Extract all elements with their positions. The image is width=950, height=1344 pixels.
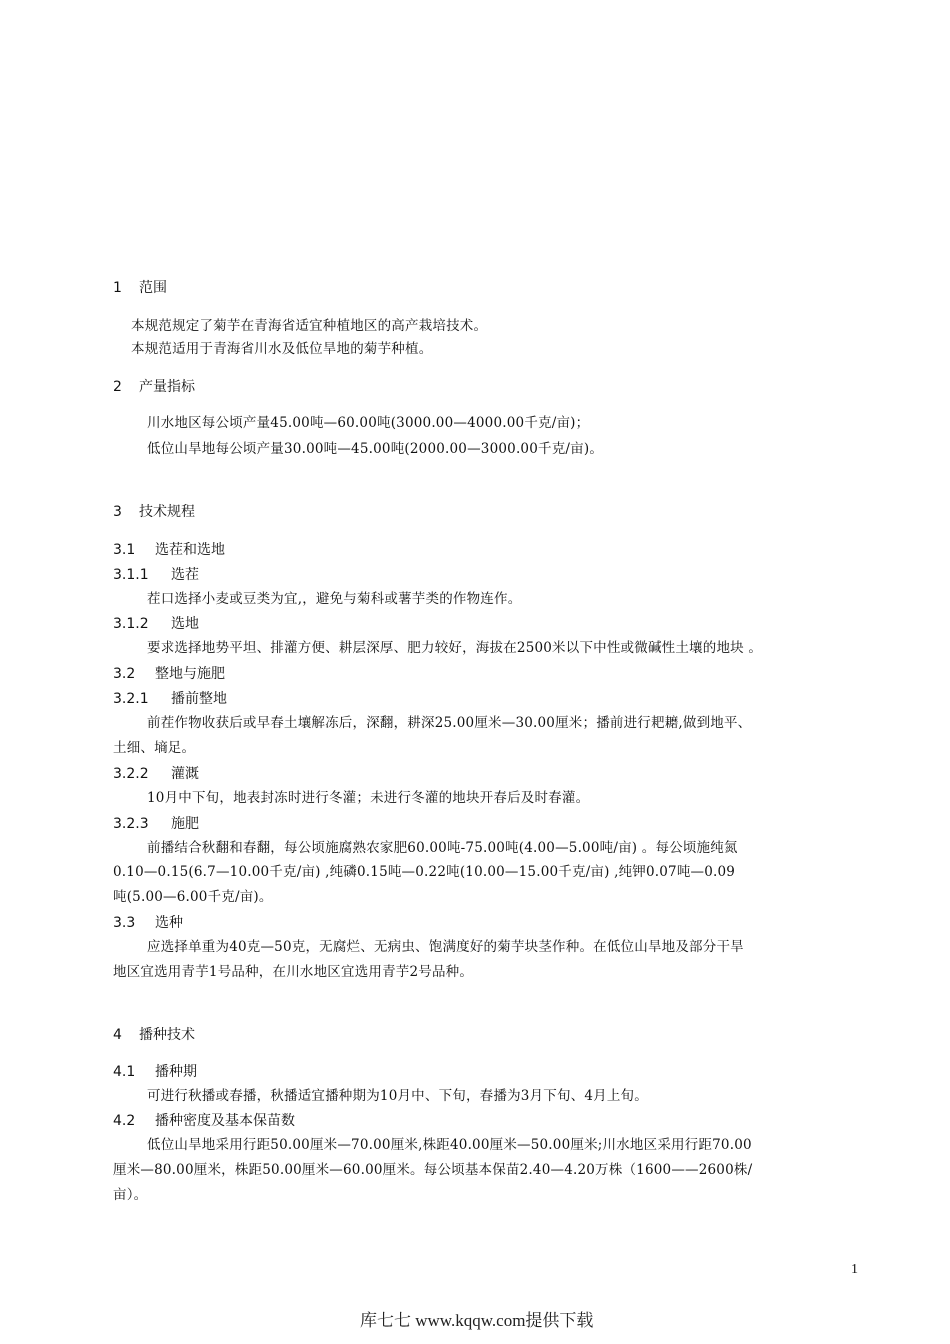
heading-3-1: 3.1选茬和选地 (113, 541, 225, 559)
heading-4-2: 4.2播种密度及基本保苗数 (113, 1112, 295, 1130)
footer-watermark: 库七七 www.kqqw.com提供下载 (360, 1306, 593, 1331)
heading-title: 播种密度及基本保苗数 (155, 1113, 295, 1129)
heading-number: 1 (113, 279, 139, 297)
heading-3-2-1: 3.2.1播前整地 (113, 690, 227, 708)
paragraph: 地区宜选用青芋1号品种，在川水地区宜选用青芋2号品种。 (113, 962, 473, 982)
paragraph: 应选择单重为40克—50克，无腐烂、无病虫、饱满度好的菊芋块茎作种。在低位山旱地… (147, 937, 744, 957)
heading-3-1-2: 3.1.2选地 (113, 615, 199, 633)
heading-number: 3.2 (113, 665, 155, 683)
heading-number: 3.1.1 (113, 566, 171, 584)
heading-title: 选种 (155, 915, 183, 931)
heading-title: 播种技术 (139, 1027, 195, 1043)
paragraph: 亩）。 (113, 1185, 147, 1205)
paragraph: 茬口选择小麦或豆类为宜,，避免与菊科或薯芋类的作物连作。 (147, 589, 521, 609)
heading-title: 播种期 (155, 1064, 197, 1080)
paragraph: 前播结合秋翻和春翻，每公顷施腐熟农家肥60.00吨-75.00吨(4.00—5.… (147, 838, 738, 858)
heading-number: 3.1.2 (113, 615, 171, 633)
paragraph: 前茬作物收获后或早春土壤解冻后，深翻，耕深25.00厘米—30.00厘米；播前进… (147, 713, 751, 733)
heading-number: 4.2 (113, 1112, 155, 1130)
paragraph: 要求选择地势平坦、排灌方便、耕层深厚、肥力较好，海拔在2500米以下中性或微碱性… (147, 638, 762, 658)
heading-number: 3.2.2 (113, 765, 171, 783)
page-number: 1 (851, 1262, 858, 1278)
heading-title: 施肥 (171, 816, 199, 832)
heading-number: 3.1 (113, 541, 155, 559)
paragraph: 10月中下旬，地表封冻时进行冬灌；未进行冬灌的地块开春后及时春灌。 (147, 788, 589, 808)
paragraph: 土细、墒足。 (113, 738, 195, 758)
heading-title: 选茬和选地 (155, 542, 225, 558)
heading-number: 3.2.3 (113, 815, 171, 833)
heading-title: 选地 (171, 616, 199, 632)
heading-number: 4 (113, 1026, 139, 1044)
heading-3-technical-procedures: 3技术规程 (113, 503, 195, 521)
heading-3-2-3: 3.2.3施肥 (113, 815, 199, 833)
paragraph: 本规范适用于青海省川水及低位旱地的菊芋种植。 (131, 339, 432, 359)
heading-title: 选茬 (171, 567, 199, 583)
heading-2-yield: 2产量指标 (113, 378, 195, 396)
paragraph: 厘米—80.00厘米，株距50.00厘米—60.00厘米。每公顷基本保苗2.40… (113, 1160, 752, 1180)
heading-number: 3.2.1 (113, 690, 171, 708)
heading-3-2: 3.2整地与施肥 (113, 665, 225, 683)
paragraph: 可进行秋播或春播，秋播适宜播种期为10月中、下旬，春播为3月下旬、4月上旬。 (147, 1086, 648, 1106)
paragraph: 吨(5.00—6.00千克/亩)。 (113, 887, 273, 907)
heading-4-1: 4.1播种期 (113, 1063, 197, 1081)
heading-number: 3.3 (113, 914, 155, 932)
heading-3-1-1: 3.1.1选茬 (113, 566, 199, 584)
heading-3-2-2: 3.2.2灌溉 (113, 765, 199, 783)
heading-title: 技术规程 (139, 504, 195, 520)
heading-4-sowing-technique: 4播种技术 (113, 1026, 195, 1044)
paragraph: 低位山旱地采用行距50.00厘米—70.00厘米,株距40.00厘米—50.00… (147, 1135, 752, 1155)
paragraph: 低位山旱地每公顷产量30.00吨—45.00吨(2000.00—3000.00千… (147, 439, 603, 459)
heading-title: 整地与施肥 (155, 666, 225, 682)
heading-1-scope: 1范围 (113, 279, 167, 297)
heading-3-3: 3.3选种 (113, 914, 183, 932)
paragraph: 川水地区每公顷产量45.00吨—60.00吨(3000.00—4000.00千克… (147, 413, 589, 433)
heading-title: 产量指标 (139, 379, 195, 395)
heading-title: 范围 (139, 280, 167, 296)
paragraph: 0.10—0.15(6.7—10.00千克/亩) ,纯磷0.15吨—0.22吨(… (113, 862, 735, 882)
heading-number: 3 (113, 503, 139, 521)
heading-number: 4.1 (113, 1063, 155, 1081)
paragraph: 本规范规定了菊芋在青海省适宜种植地区的高产栽培技术。 (131, 316, 487, 336)
heading-title: 灌溉 (171, 766, 199, 782)
heading-number: 2 (113, 378, 139, 396)
heading-title: 播前整地 (171, 691, 227, 707)
